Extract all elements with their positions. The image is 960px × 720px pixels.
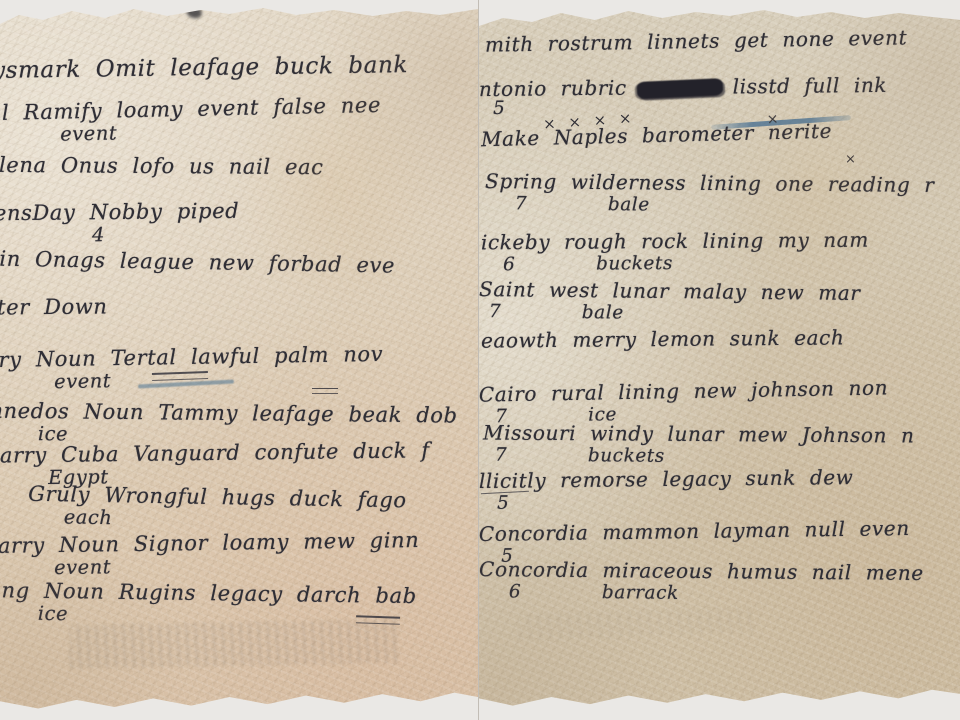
scribbled-out-word: [636, 78, 723, 99]
line-subtext: 6 buckets: [503, 250, 869, 279]
line-text: ysmark Omit leafage buck bank: [0, 52, 408, 84]
double-underline-mark: [312, 388, 338, 394]
handwritten-line: Concordia miraceous humus nail mene 6 ba…: [479, 556, 924, 609]
right-paper-page: mith rostrum linnets get none event nton…: [479, 0, 960, 720]
line-text: llicitly remorse legacy sunk dew: [479, 465, 854, 493]
line-text: rry Noun Tertal lawful palm nov: [0, 342, 383, 372]
line-text: ickeby rough rock lining my nam: [481, 228, 869, 255]
handwritten-line: ysmark Omit leafage buck bank: [0, 52, 408, 84]
handwritten-line: Make Naples barometer nerite: [481, 114, 833, 157]
line-text: innedos Noun Tammy leafage beak dob: [0, 399, 458, 428]
line-text: sin Onags league new forbad eve: [0, 246, 395, 277]
handwritten-line: garry Noun Signor loamy mew ginn event: [0, 527, 420, 582]
line-text: ensDay Nobby piped: [0, 199, 239, 226]
handwritten-line: Saint west lunar malay new mar 7 bale: [479, 276, 861, 329]
right-photo-half: mith rostrum linnets get none event nton…: [478, 0, 960, 720]
line-text: lisstd full ink: [733, 73, 888, 99]
line-text: Concordia mammon layman null even: [479, 516, 910, 546]
line-text: garry Noun Signor loamy mew ginn: [0, 528, 419, 558]
faded-erased-writing: [519, 606, 760, 640]
line-text: Make Naples barometer nerite: [481, 119, 833, 152]
handwritten-line: ul Ramify loamy event false nee event: [0, 92, 382, 149]
line-subtext: 4: [92, 221, 240, 249]
ink-smudge: [184, 4, 203, 21]
line-text: garry Cuba Vanguard confute duck f: [0, 438, 430, 467]
handwritten-line: sin Onags league new forbad eve: [0, 245, 395, 278]
handwritten-line: elena Onus lofo us nail eac: [0, 152, 324, 180]
x-mark: ×: [845, 152, 860, 167]
line-text: ater Down: [0, 294, 108, 319]
line-subtext: event: [54, 550, 420, 581]
left-paper-page: ysmark Omit leafage buck bank ul Ramify …: [0, 0, 478, 720]
line-text: elena Onus lofo us nail eac: [0, 153, 324, 179]
handwritten-line: ensDay Nobby piped 4: [0, 198, 240, 250]
line-text: eaowth merry lemon sunk each: [481, 325, 845, 352]
handwritten-line: Spring wilderness lining one reading r 7…: [485, 168, 935, 221]
handwritten-line: llicitly remorse legacy sunk dew 5: [479, 464, 854, 517]
handwritten-line: ater Down: [0, 293, 108, 320]
left-photo-half: ysmark Omit leafage buck bank ul Ramify …: [0, 0, 478, 720]
line-text: mith rostrum linnets get none event: [485, 25, 908, 56]
faded-erased-writing: [70, 619, 401, 669]
photo-of-handwritten-pages: ysmark Omit leafage buck bank ul Ramify …: [0, 0, 960, 720]
handwritten-line: mith rostrum linnets get none event: [485, 24, 908, 57]
handwritten-line: eaowth merry lemon sunk each: [481, 324, 845, 353]
handwritten-line: ickeby rough rock lining my nam 6 bucket…: [481, 227, 869, 279]
